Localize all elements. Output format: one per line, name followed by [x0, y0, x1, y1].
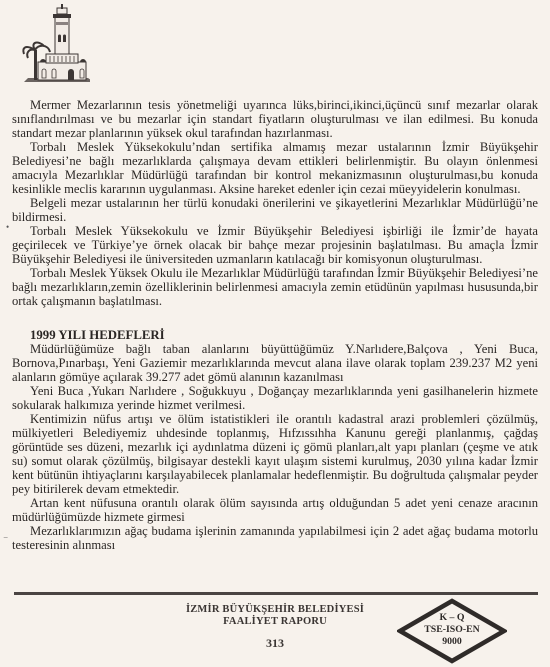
- badge-text: K – Q TSE-ISO-EN 9000: [397, 612, 507, 648]
- paragraph: Torbalı Meslek Yüksekokulu’ndan sertifik…: [12, 140, 538, 196]
- paragraph: Belgeli mezar ustalarının her türlü konu…: [12, 196, 538, 224]
- scan-mark: •: [6, 222, 9, 232]
- paragraph: Mermer Mezarlarının tesis yönetmeliği uy…: [12, 98, 538, 140]
- page-number: 313: [250, 636, 300, 651]
- badge-line: TSE-ISO-EN: [397, 624, 507, 636]
- scan-mark: ‾: [4, 538, 7, 549]
- paragraph: Müdürlüğümüze bağlı taban alanlarını büy…: [12, 342, 538, 384]
- document-body: Mermer Mezarlarının tesis yönetmeliği uy…: [12, 98, 538, 552]
- badge-line: K – Q: [397, 612, 507, 624]
- clock-tower-icon: [10, 2, 90, 86]
- paragraph: Artan kent nüfusuna orantılı olarak ölüm…: [12, 496, 538, 524]
- badge-line: 9000: [397, 636, 507, 648]
- quality-badge: K – Q TSE-ISO-EN 9000: [397, 598, 507, 664]
- report-title: FAALİYET RAPORU: [170, 616, 380, 628]
- paragraph: Yeni Buca ,Yukarı Narlıdere , Soğukkuyu …: [12, 384, 538, 412]
- paragraph: Kentimizin nüfus artışı ve ölüm istatist…: [12, 412, 538, 496]
- footer-title: İZMİR BÜYÜKŞEHİR BELEDİYESİ FAALİYET RAP…: [170, 604, 380, 628]
- clock-tower-illustration: [10, 2, 90, 86]
- section-heading: 1999 YILI HEDEFLERİ: [12, 328, 538, 342]
- footer-divider: [14, 592, 538, 595]
- paragraph: Torbalı Meslek Yüksekokulu ve İzmir Büyü…: [12, 224, 538, 266]
- paragraph: Mezarlıklarımızın ağaç budama işlerinin …: [12, 524, 538, 552]
- organization-name: İZMİR BÜYÜKŞEHİR BELEDİYESİ: [170, 604, 380, 616]
- paragraph: Torbalı Meslek Yüksek Okulu ile Mezarlık…: [12, 266, 538, 308]
